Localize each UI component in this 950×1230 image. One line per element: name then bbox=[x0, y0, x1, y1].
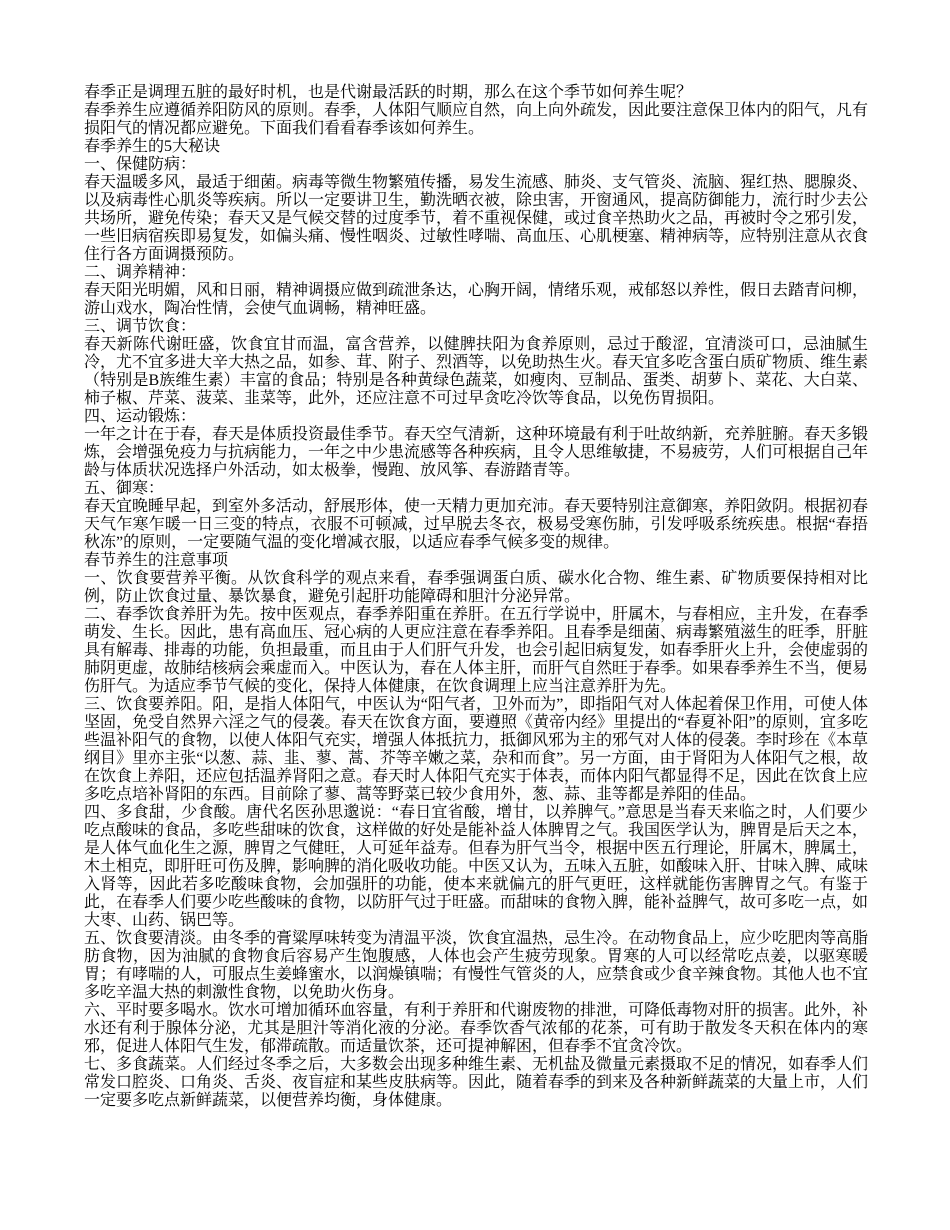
note-item-6: 六、平时要多喝水。饮水可增加循环血容量，有利于养肝和代谢废物的排泄，可降低毒物对… bbox=[84, 1002, 868, 1056]
secret-2-body: 春天阳光明媚，风和日丽，精神调摄应做到疏泄条达，心胸开阔，情绪乐观，戒郁怒以养性… bbox=[84, 282, 868, 318]
note-item-7: 七、多食蔬菜。人们经过冬季之后，大多数会出现多种维生素、无机盐及微量元素摄取不足… bbox=[84, 1056, 868, 1110]
secret-3-heading: 三、调节饮食： bbox=[84, 318, 868, 336]
document-page: 春季正是调理五脏的最好时机，也是代谢最活跃的时期，那么在这个季节如何养生呢？ 春… bbox=[0, 0, 950, 1230]
note-item-1: 一、饮食要营养平衡。从饮食科学的观点来看，春季强调蛋白质、碳水化合物、维生素、矿… bbox=[84, 570, 868, 606]
note-item-5: 五、饮食要清淡。由冬季的膏粱厚味转变为清温平淡，饮食宜温热，忌生冷。在动物食品上… bbox=[84, 930, 868, 1002]
secret-1-body: 春天温暖多风，最适于细菌。病毒等微生物繁殖传播，易发生流感、肺炎、支气管炎、流脑… bbox=[84, 174, 868, 264]
secret-3-body: 春天新陈代谢旺盛，饮食宜甘而温，富含营养，以健脾扶阳为食养原则，忌过于酸涩，宜清… bbox=[84, 336, 868, 408]
secret-5-heading: 五、御寒： bbox=[84, 480, 868, 498]
note-item-2: 二、春季饮食养肝为先。按中医观点，春季养阳重在养肝。在五行学说中，肝属木，与春相… bbox=[84, 606, 868, 696]
intro-paragraph-2: 春季养生应遵循养阳防风的原则。春季，人体阳气顺应自然，向上向外疏发，因此要注意保… bbox=[84, 102, 868, 138]
secret-2-heading: 二、调养精神： bbox=[84, 264, 868, 282]
note-item-4: 四、多食甜，少食酸。唐代名医孙思邈说：“春日宜省酸，增甘，以养脾气。”意思是当春… bbox=[84, 804, 868, 930]
secret-5-body: 春天宜晚睡早起，到室外多活动，舒展形体，使一天精力更加充沛。春天要特别注意御寒，… bbox=[84, 498, 868, 552]
note-item-3: 三、饮食要养阳。阳，是指人体阳气，中医认为“阳气者，卫外而为”，即指阳气对人体起… bbox=[84, 696, 868, 804]
secret-4-body: 一年之计在于春，春天是体质投资最佳季节。春天空气清新，这种环境最有利于吐故纳新，… bbox=[84, 426, 868, 480]
secret-4-heading: 四、运动锻炼： bbox=[84, 408, 868, 426]
secrets-section-title: 春季养生的5大秘诀 bbox=[84, 138, 868, 156]
intro-paragraph-1: 春季正是调理五脏的最好时机，也是代谢最活跃的时期，那么在这个季节如何养生呢？ bbox=[84, 84, 868, 102]
secret-1-heading: 一、保健防病： bbox=[84, 156, 868, 174]
notes-section-title: 春节养生的注意事项 bbox=[84, 552, 868, 570]
